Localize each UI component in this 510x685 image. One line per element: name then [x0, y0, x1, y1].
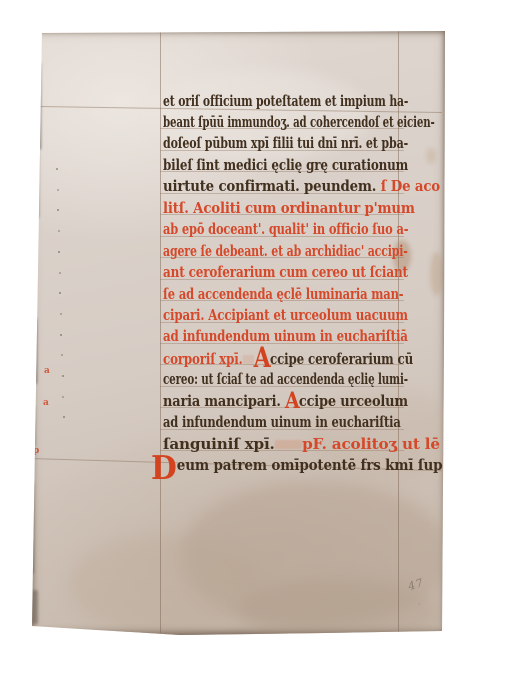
manuscript-text-line: beant ſpūū immundoʒ. ad cohercendoſ et e…	[163, 113, 435, 131]
text-segment-rubric: cipari. Accipiant et urceolum uacuum	[163, 306, 408, 324]
manuscript-text-line: ad infundendum uinum in euchariſtiā	[163, 327, 408, 345]
text-segment-rubric: litſ. Acoliti cum ordinantur p'mum	[163, 199, 415, 217]
text-segment-ink: cereo: ut ſciaſ te ad accendenda ęclię l…	[163, 370, 408, 388]
prick-mark	[58, 251, 60, 253]
prick-mark	[61, 354, 63, 356]
manuscript-text-line: doſeoſ pūbum xpī filii tui dnī nrī. et p…	[163, 134, 408, 152]
text-segment-ink: ccipe urceolum	[299, 392, 408, 410]
parchment-mottle	[180, 480, 450, 630]
prick-mark	[59, 272, 61, 274]
marginal-red-letter: a	[44, 366, 50, 376]
marginal-red-letter: a	[43, 398, 49, 408]
prick-mark	[57, 209, 59, 211]
binding-remnant	[29, 482, 34, 574]
text-segment-ink: eum patrem omīpotentē frs kmī ſup	[177, 456, 443, 474]
manuscript-text-line: naria mancipari. Accipe urceolum	[163, 392, 408, 410]
text-segment-ink: ad infundendum uinum in euchariſtia	[163, 413, 401, 431]
ink-stain	[426, 148, 436, 164]
binding-remnant	[34, 152, 39, 218]
text-segment-rubric: ant ceroferarium cum cereo ut ſciant	[163, 263, 408, 281]
text-segment-ink: naria mancipari.	[163, 392, 285, 410]
ruling-line-vertical-left	[160, 32, 161, 633]
text-segment-rubric: agere ſe debeant. et ab archidiac' accip…	[163, 242, 408, 260]
prick-mark	[57, 189, 59, 191]
ghost-gap	[275, 440, 302, 449]
prick-mark	[56, 168, 58, 170]
manuscript-leaf: aap et oriſ officium poteſtatem et impiu…	[30, 30, 446, 636]
prick-mark	[58, 230, 60, 232]
manuscript-text-line: bileſ ſint medici ęclię grę curationum	[163, 156, 408, 174]
parchment-mottle	[70, 535, 260, 635]
binding-remnant	[32, 590, 38, 624]
text-segment-ink: ſanguiniſ xpī.	[163, 435, 275, 453]
text-segment-rubric: corporiſ xpī.	[163, 350, 243, 368]
text-segment-rubric: ab epō doceant'. qualit' in officio ſuo …	[163, 220, 408, 238]
binding-remnant	[31, 318, 37, 384]
manuscript-text-line: ſanguiniſ xpī.pF. acolitoʒ ut lē	[163, 435, 440, 453]
ink-stain	[430, 252, 443, 296]
manuscript-text-line: ſe ad accendenda ęclē luminaria man-	[163, 285, 403, 303]
pencil-inscription-sub: ·	[417, 600, 421, 609]
text-segment-ink: bileſ ſint medici ęclię grę curationum	[163, 156, 408, 174]
illuminated-initial: A	[285, 388, 299, 414]
manuscript-text-line: ad infundendum uinum in euchariſtia	[163, 413, 401, 431]
binding-remnant	[36, 62, 41, 150]
text-segment-ink: et oriſ officium poteſtatem et impium ha…	[163, 92, 408, 110]
text-segment-rubric: pF. acolitoʒ ut lē	[302, 435, 440, 453]
text-segment-ink: ccipe ceroferarium cū	[270, 350, 413, 368]
illuminated-initial: D	[151, 448, 176, 487]
text-segment-rubric: ad infundendum uinum in euchariſtiā	[163, 327, 408, 345]
manuscript-text-line: litſ. Acoliti cum ordinantur p'mum	[163, 199, 415, 217]
prick-mark	[62, 396, 64, 398]
prick-mark	[60, 313, 62, 315]
text-segment-ink: uirtute confirmati. peundem.	[163, 177, 376, 195]
ghost-gap	[243, 355, 254, 364]
marginal-red-letter: p	[33, 446, 39, 456]
prick-mark	[63, 416, 65, 418]
manuscript-text-line: uirtute confirmati. peundem. ſ De aco	[163, 177, 440, 195]
prick-mark	[62, 375, 64, 377]
manuscript-text-line: ant ceroferarium cum cereo ut ſciant	[163, 263, 408, 281]
manuscript-text-line: Deum patrem omīpotentē frs kmī ſup	[151, 456, 442, 474]
manuscript-text-line: ab epō doceant'. qualit' in officio ſuo …	[163, 220, 408, 238]
pencil-inscription: 47	[406, 576, 425, 593]
binding-remnant	[30, 406, 35, 446]
manuscript-text-line: cipari. Accipiant et urceolum uacuum	[163, 306, 408, 324]
text-segment-rubric: ſe ad accendenda ęclē luminaria man-	[163, 285, 403, 303]
illuminated-initial: A	[254, 341, 270, 374]
manuscript-text-line: agere ſe debeant. et ab archidiac' accip…	[163, 242, 408, 260]
photo-canvas: aap et oriſ officium poteſtatem et impiu…	[0, 0, 510, 685]
prick-mark	[59, 292, 61, 294]
prick-mark	[60, 334, 62, 336]
manuscript-text-line: corporiſ xpī.Accipe ceroferarium cū	[163, 349, 413, 367]
text-segment-rubric: ſ De aco	[376, 177, 440, 195]
text-segment-ink: doſeoſ pūbum xpī filii tui dnī nrī. et p…	[163, 134, 408, 152]
manuscript-text-line: et oriſ officium poteſtatem et impium ha…	[163, 92, 408, 110]
manuscript-text-line: cereo: ut ſciaſ te ad accendenda ęclię l…	[163, 370, 408, 388]
text-segment-ink: beant ſpūū immundoʒ. ad cohercendoſ et e…	[163, 113, 435, 131]
